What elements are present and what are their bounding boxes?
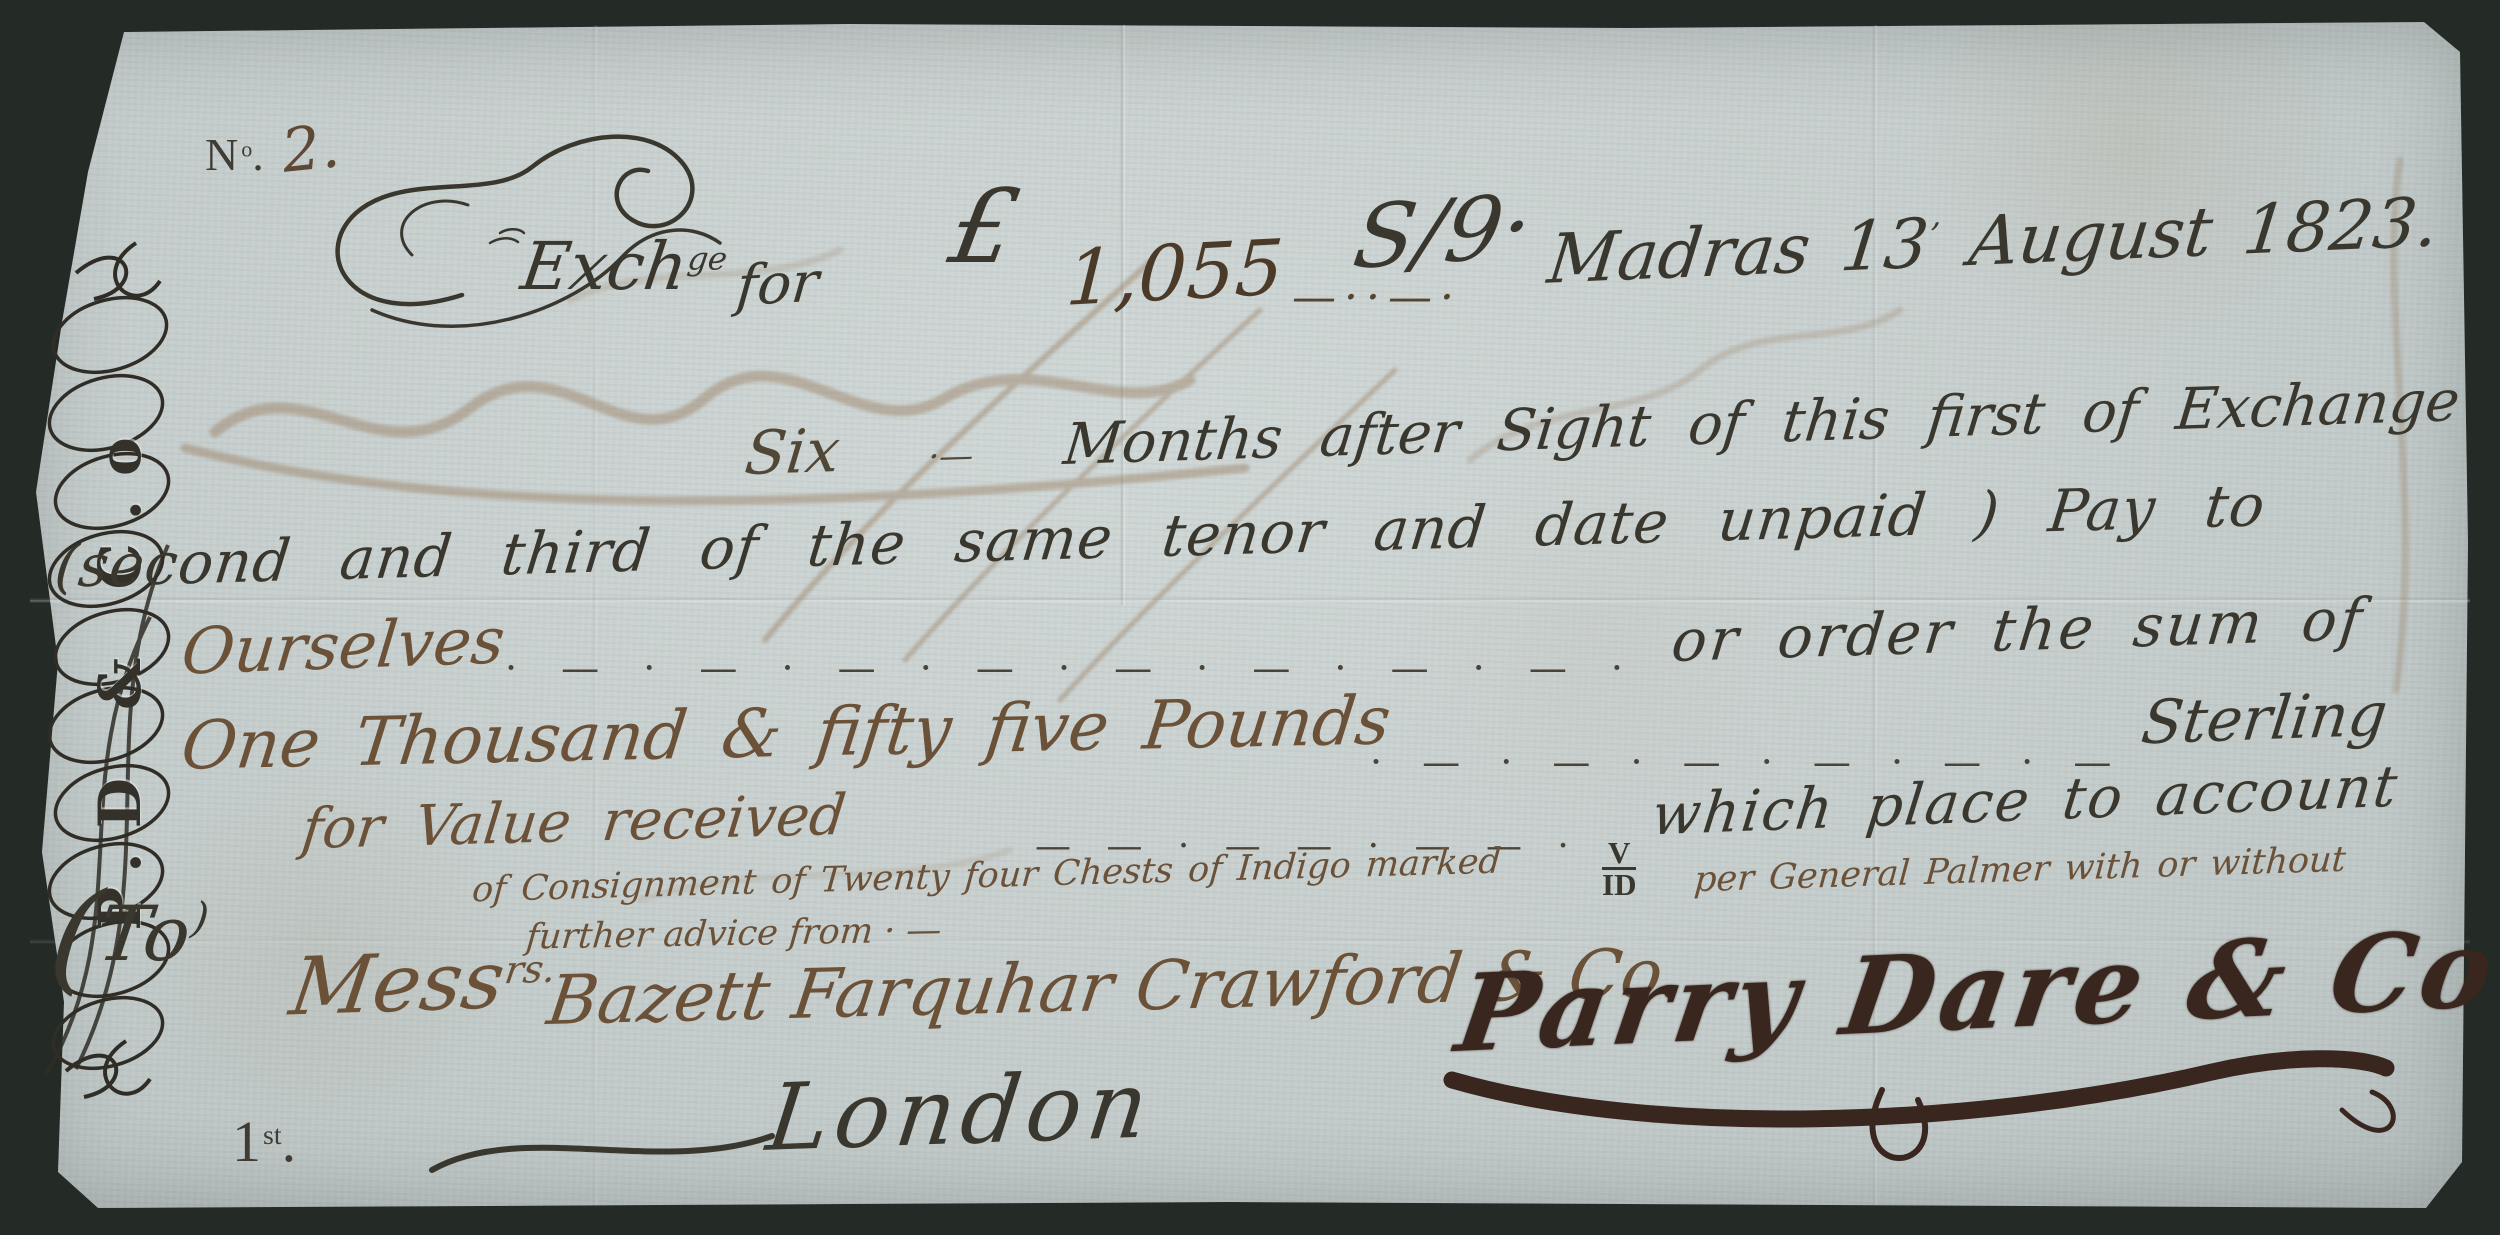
copy-number: 1st. [232, 1108, 298, 1175]
copy-number-superscript: st [263, 1120, 282, 1151]
number-label-text: N [205, 129, 241, 180]
exchange-word: Exchge [517, 228, 732, 305]
for-label: for [734, 250, 821, 319]
number-label-dot: . [252, 129, 267, 180]
number-label-superscript: o [241, 136, 252, 161]
addressee-city: London [762, 1051, 1160, 1172]
place-day-text: Madras 13 [1544, 205, 1933, 300]
to-label-block: (To) [42, 868, 215, 1007]
signature-underline-flourish [1412, 1018, 2422, 1188]
merchant-mark-bottom: ID [1602, 867, 1636, 902]
copy-number-dot: . [282, 1109, 299, 1174]
messrs-text: Mess [285, 933, 511, 1033]
exchange-word-text: Exch [517, 228, 693, 305]
bill-number-label: No. [205, 128, 267, 181]
amount-figures: 1,055 [1064, 222, 1286, 323]
scanned-bill-of-exchange: P.D & C.o No. 2. Exchge for £ 1,055 —··—… [0, 0, 2500, 1235]
exchange-word-superscript: ge [685, 241, 729, 277]
term-of-bill: Six [742, 416, 844, 489]
sterling-label: Sterling [2138, 680, 2391, 759]
clerk-mark: S/9· [1348, 174, 1539, 289]
further-advice-line: further advice from · — [524, 910, 943, 957]
to-label-text: To [93, 889, 196, 978]
merchant-mark-top: V [1602, 838, 1636, 870]
messrs-abbreviation: Messrs. [285, 931, 561, 1033]
london-leading-swash [420, 1098, 790, 1193]
merchant-mark: VID [1602, 838, 1636, 900]
payee-name: Ourselves [178, 604, 508, 690]
copy-number-figure: 1 [232, 1109, 263, 1174]
payee-filler-dots: · — · — · — · — · — · — · — · — · — · — … [505, 646, 1655, 690]
term-separator: ·— [926, 436, 975, 478]
